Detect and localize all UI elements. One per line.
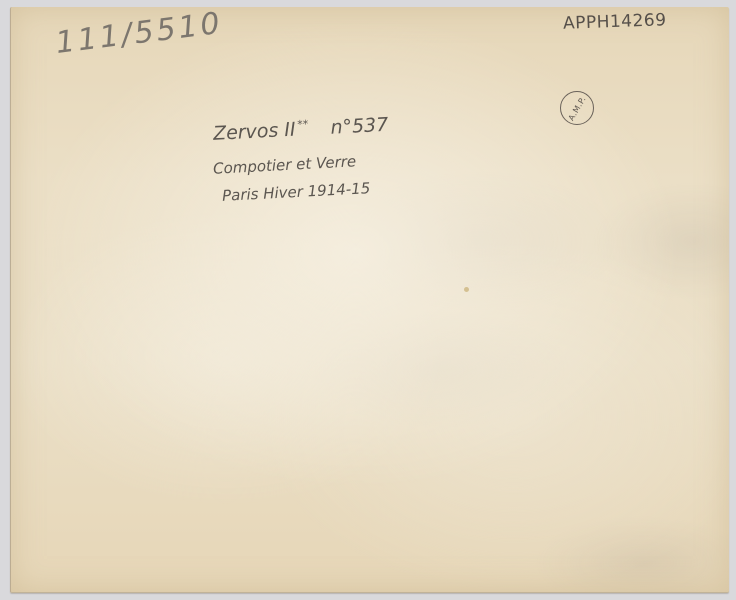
catalog-superscript: ** [297, 118, 309, 132]
stamp-text: A.M.P. [566, 94, 587, 121]
archive-id: APPH14269 [563, 10, 667, 34]
stain-speck [464, 287, 469, 292]
catalog-prefix: Zervos II [213, 119, 297, 145]
catalog-number: n°537 [330, 114, 389, 139]
amp-stamp-icon: A.M.P. [560, 91, 594, 125]
photo-back-paper [10, 7, 729, 593]
